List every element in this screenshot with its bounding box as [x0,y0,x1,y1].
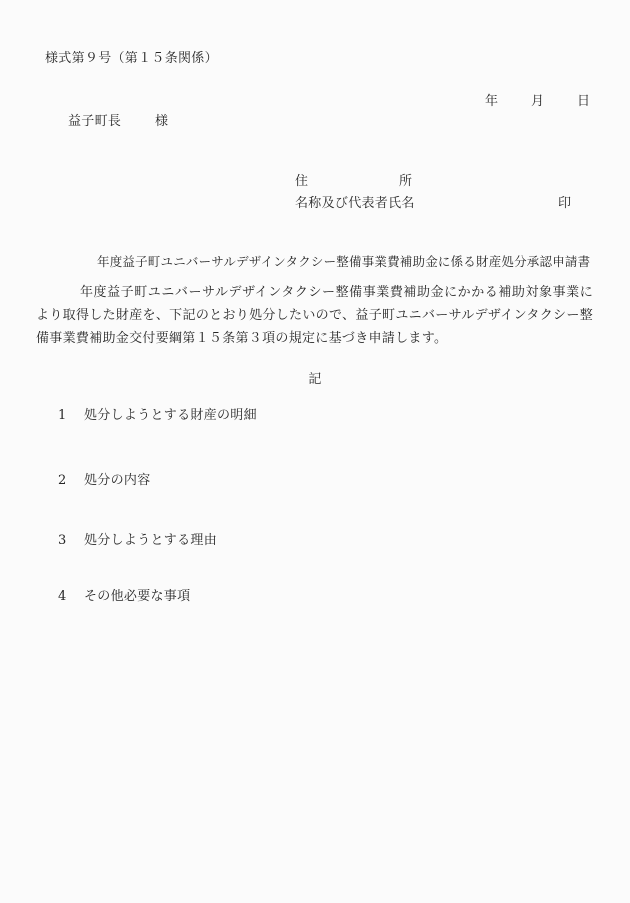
list-item: 3処分しようとする理由 [58,529,217,548]
list-item-number: 1 [58,408,84,423]
list-item: 2処分の内容 [58,469,151,488]
body-paragraph: 年度益子町ユニバーサルデザインタクシー整備事業費補助金にかかる補助対象事業により… [36,281,593,350]
list-item-number: 4 [58,589,84,604]
address-label-right: 所 [399,170,412,189]
address-label-left: 住 [295,170,308,189]
seal-label: 印 [558,192,571,211]
list-item: 4その他必要な事項 [58,585,190,604]
list-item-label: 処分しようとする理由 [84,533,217,548]
addressee-name: 益子町長 [68,110,121,129]
document-page: 様式第９号（第１５条関係） 年 月 日 益子町長 様 住 所 名称及び代表者氏名… [0,0,630,903]
record-heading: 記 [0,368,630,387]
list-item: 1処分しようとする財産の明細 [58,404,257,423]
form-number: 様式第９号（第１５条関係） [45,47,218,66]
date-month-label: 月 [531,90,544,109]
date-day-label: 日 [577,90,590,109]
applicant-name-label: 名称及び代表者氏名 [295,192,415,211]
list-item-label: 処分の内容 [84,473,151,488]
document-title: 年度益子町ユニバーサルデザインタクシー整備事業費補助金に係る財産処分承認申請書 [97,252,590,270]
list-item-number: 2 [58,473,84,488]
list-item-number: 3 [58,533,84,548]
list-item-label: 処分しようとする財産の明細 [84,408,257,423]
addressee-honorific: 様 [155,110,168,129]
date-year-label: 年 [485,90,498,109]
list-item-label: その他必要な事項 [84,589,190,604]
